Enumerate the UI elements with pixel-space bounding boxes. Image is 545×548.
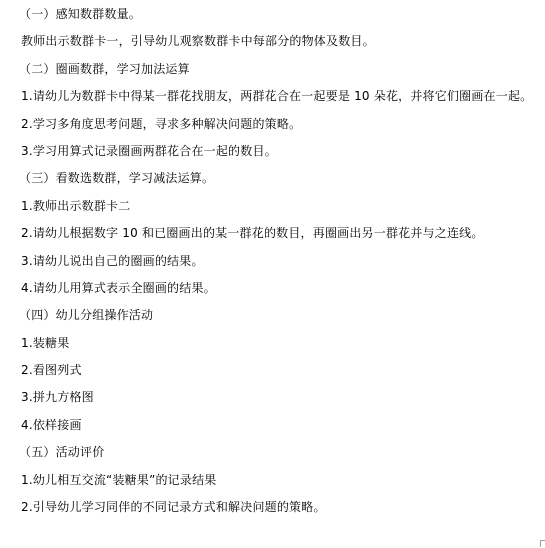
page-corner-mark: [540, 540, 545, 547]
list-item: 2.请幼儿根据数字 10 和已圈画出的某一群花的数目，再圈画出另一群花并与之连线…: [21, 225, 545, 252]
list-item: 1.装糖果: [21, 335, 545, 362]
list-item: 1.请幼儿为数群卡中得某一群花找朋友，两群花合在一起要是 10 朵花，并将它们圈…: [21, 88, 545, 115]
list-item: 4.请幼儿用算式表示全圈画的结果。: [21, 280, 545, 307]
list-item: 4.依样接画: [21, 417, 545, 444]
list-item: 1.幼儿相互交流“装糖果”的记录结果: [21, 472, 545, 499]
section-heading-2: （二）圈画数群，学习加法运算: [21, 61, 545, 88]
list-item: 2.引导幼儿学习同伴的不同记录方式和解决问题的策略。: [21, 499, 545, 526]
list-item: 1.教师出示数群卡二: [21, 198, 545, 225]
list-item: 2.看图列式: [21, 362, 545, 389]
section-heading-1: （一）感知数群数量。: [21, 6, 545, 33]
list-item: 3.学习用算式记录圈画两群花合在一起的数目。: [21, 143, 545, 170]
section-heading-4: （四）幼儿分组操作活动: [21, 307, 545, 334]
list-item: 3.拼九方格图: [21, 389, 545, 416]
section-heading-3: （三）看数选数群，学习减法运算。: [21, 170, 545, 197]
section-heading-5: （五）活动评价: [21, 444, 545, 471]
list-item: 3.请幼儿说出自己的圈画的结果。: [21, 253, 545, 280]
list-item: 2.学习多角度思考问题，寻求多种解决问题的策略。: [21, 116, 545, 143]
paragraph: 教师出示数群卡一，引导幼儿观察数群卡中每部分的物体及数目。: [21, 33, 545, 60]
document-body: （一）感知数群数量。 教师出示数群卡一，引导幼儿观察数群卡中每部分的物体及数目。…: [21, 6, 545, 526]
